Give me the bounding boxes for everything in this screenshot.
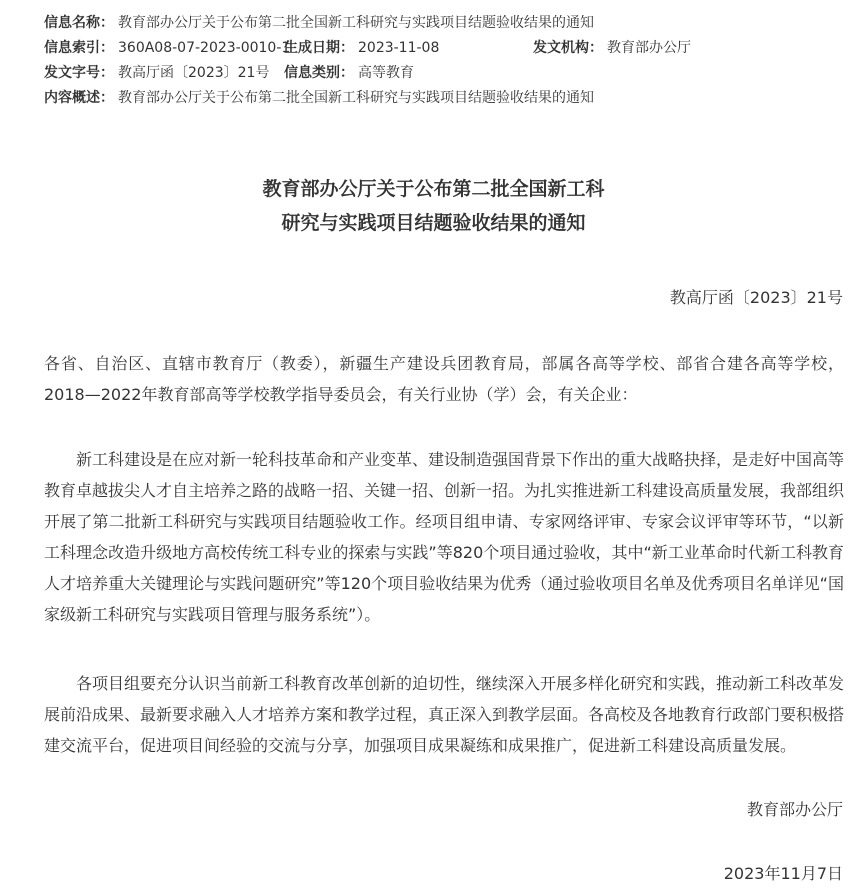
- body-paragraph-2: 各项目组要充分认识当前新工科教育改革创新的迫切性，继续深入开展多样化研究和实践，…: [44, 668, 844, 761]
- document-number: 教高厅函〔2023〕21号: [670, 286, 843, 310]
- title-line-2: 研究与实践项目结题验收结果的通知: [0, 206, 867, 240]
- meta-category-label: 信息类别：: [284, 61, 354, 86]
- meta-issuer-field: 发文机构：教育部办公厅: [533, 36, 691, 61]
- meta-name-label: 信息名称：: [44, 11, 114, 36]
- meta-index-field: 信息索引：360A08-07-2023-0010-1: [44, 36, 290, 61]
- meta-docnumber-field: 发文字号：教高厅函〔2023〕21号: [44, 61, 269, 86]
- meta-row-index: 信息索引：360A08-07-2023-0010-1 生成日期：2023-11-…: [44, 36, 594, 61]
- meta-index-label: 信息索引：: [44, 36, 114, 61]
- document-title: 教育部办公厅关于公布第二批全国新工科 研究与实践项目结题验收结果的通知: [0, 172, 867, 240]
- meta-date-label: 生成日期：: [284, 36, 354, 61]
- meta-row-name: 信息名称：教育部办公厅关于公布第二批全国新工科研究与实践项目结题验收结果的通知: [44, 11, 594, 36]
- meta-row-summary: 内容概述：教育部办公厅关于公布第二批全国新工科研究与实践项目结题验收结果的通知: [44, 86, 594, 111]
- addressee: 各省、自治区、直辖市教育厅（教委），新疆生产建设兵团教育局，部属各高等学校、部省…: [44, 348, 844, 410]
- title-line-1: 教育部办公厅关于公布第二批全国新工科: [0, 172, 867, 206]
- meta-summary-label: 内容概述：: [44, 86, 114, 111]
- meta-name-value: 教育部办公厅关于公布第二批全国新工科研究与实践项目结题验收结果的通知: [118, 11, 594, 36]
- body-paragraph-1: 新工科建设是在应对新一轮科技革命和产业变革、建设制造强国背景下作出的重大战略抉择…: [44, 444, 844, 630]
- meta-date-value: 2023-11-08: [358, 36, 439, 61]
- meta-issuer-label: 发文机构：: [533, 36, 603, 61]
- metadata-table: 信息名称：教育部办公厅关于公布第二批全国新工科研究与实践项目结题验收结果的通知 …: [44, 11, 594, 111]
- meta-date-field: 生成日期：2023-11-08: [284, 36, 439, 61]
- meta-summary-value: 教育部办公厅关于公布第二批全国新工科研究与实践项目结题验收结果的通知: [118, 86, 594, 111]
- meta-row-docnumber: 发文字号：教高厅函〔2023〕21号 信息类别：高等教育: [44, 61, 594, 86]
- meta-docnumber-label: 发文字号：: [44, 61, 114, 86]
- meta-category-value: 高等教育: [358, 61, 414, 86]
- meta-issuer-value: 教育部办公厅: [607, 36, 691, 61]
- meta-docnumber-value: 教高厅函〔2023〕21号: [118, 61, 269, 86]
- meta-category-field: 信息类别：高等教育: [284, 61, 414, 86]
- meta-index-value: 360A08-07-2023-0010-1: [118, 36, 290, 61]
- signing-date: 2023年11月7日: [724, 862, 843, 886]
- signature: 教育部办公厅: [747, 798, 843, 822]
